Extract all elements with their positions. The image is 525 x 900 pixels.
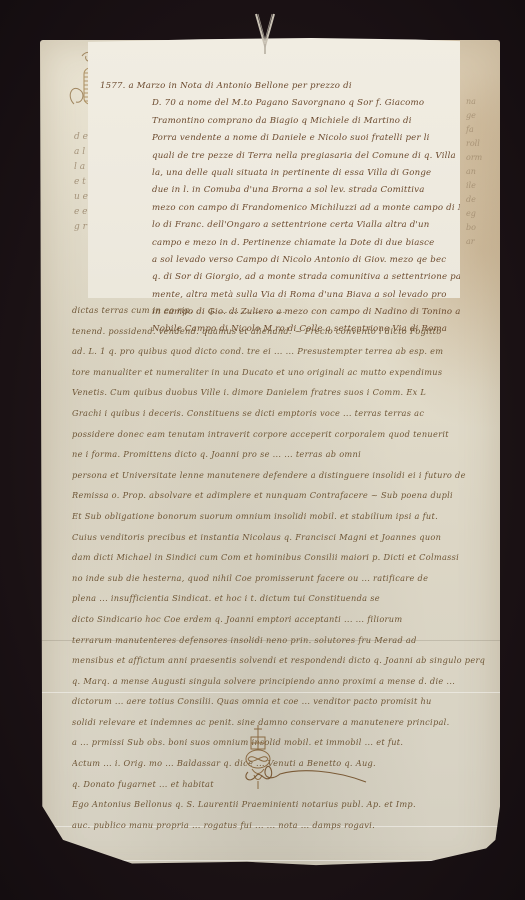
deed-line: solidi relevare et indemnes ac penit. si… [72, 712, 492, 733]
deed-line: ne i forma. Promittens dicto q. Joanni p… [72, 444, 492, 465]
deed-line: Et Sub obligatione bonorum suorum omnium… [72, 506, 492, 527]
deed-line: terrarum manutenteres defensores insolid… [72, 630, 492, 651]
deed-line: Remissa o. Prop. absolvare et adimplere … [72, 485, 492, 506]
deed-line: mensibus et affictum anni praesentis sol… [72, 650, 492, 671]
deed-line: Ego Antonius Bellonus q. S. Laurentii Pr… [72, 794, 492, 815]
right-margin-text: nagefarollormaniledeegboar [466, 95, 496, 249]
slip-line: lo di Franc. dell'Ongaro a settentrione … [100, 217, 460, 234]
binding-string-icon [250, 10, 280, 56]
slip-line: D. 70 a nome del M.to Pagano Savorgnano … [100, 95, 460, 112]
slip-line: campo e mezo in d. Pertinenze chiamate l… [100, 235, 460, 252]
deed-line: tore manualiter et numeraliter in una Du… [72, 362, 492, 383]
deed-line: dictas terras cum in eo rip. ... q. ... … [72, 300, 492, 321]
slip-line: mezo con campo di Frandomenico Michiluzz… [100, 200, 460, 217]
slip-line: quali de tre pezze di Terra nella pregia… [100, 148, 460, 165]
deed-line: dicto Sindicario hoc Coe erdem q. Joanni… [72, 609, 492, 630]
deed-line: Grachi i quibus i deceris. Constituens s… [72, 403, 492, 424]
slip-line: la, una delle quali situata in pertinent… [100, 165, 460, 182]
deed-line: plena ... insufficientia Sindicat. et ho… [72, 588, 492, 609]
left-margin-text: d e a l l a e t u e e e g r [74, 130, 88, 235]
slip-line: Tramontino comprano da Biagio q Michiele… [100, 113, 460, 130]
deed-line: dam dicti Michael in Sindici cum Com et … [72, 547, 492, 568]
deed-line: ad. L. 1 q. pro quibus quod dicto cond. … [72, 341, 492, 362]
deed-line: dictorum ... aere totius Consilii. Quas … [72, 691, 492, 712]
deed-line: a ... prmissi Sub obs. boni suos omnium … [72, 732, 492, 753]
slip-line: Porra vendente a nome di Daniele e Nicol… [100, 130, 460, 147]
deed-line: no inde sub die hesterna, quod nihil Coe… [72, 568, 492, 589]
deed-line: tenend. possidend. vendend. quamus et al… [72, 321, 492, 342]
slip-line: a sol levado verso Campo di Nicolo Anton… [100, 252, 460, 269]
deed-line: auc. publico manu propria ... rogatus fu… [72, 815, 492, 836]
deed-line: Venetis. Cum quibus duobus Ville i. dimo… [72, 382, 492, 403]
deed-text-block: dictas terras cum in eo rip. ... q. ... … [72, 300, 492, 835]
deed-line: possidere donec eam tenutam intraverit c… [72, 424, 492, 445]
signature-flourish-icon [240, 760, 370, 790]
slip-line: due in l. in Comuba d'una Brorna a sol l… [100, 182, 460, 199]
deed-line: Cuius venditoris precibus et instantia N… [72, 527, 492, 548]
deed-line: persona et Universitate lenne manutenere… [72, 465, 492, 486]
deed-line: q. Marq. a mense Augusti singula solvere… [72, 671, 492, 692]
slip-line: 1577. a Marzo in Nota di Antonio Bellone… [100, 78, 460, 95]
slip-line: q. di Sor di Giorgio, ad a monte strada … [100, 269, 460, 286]
